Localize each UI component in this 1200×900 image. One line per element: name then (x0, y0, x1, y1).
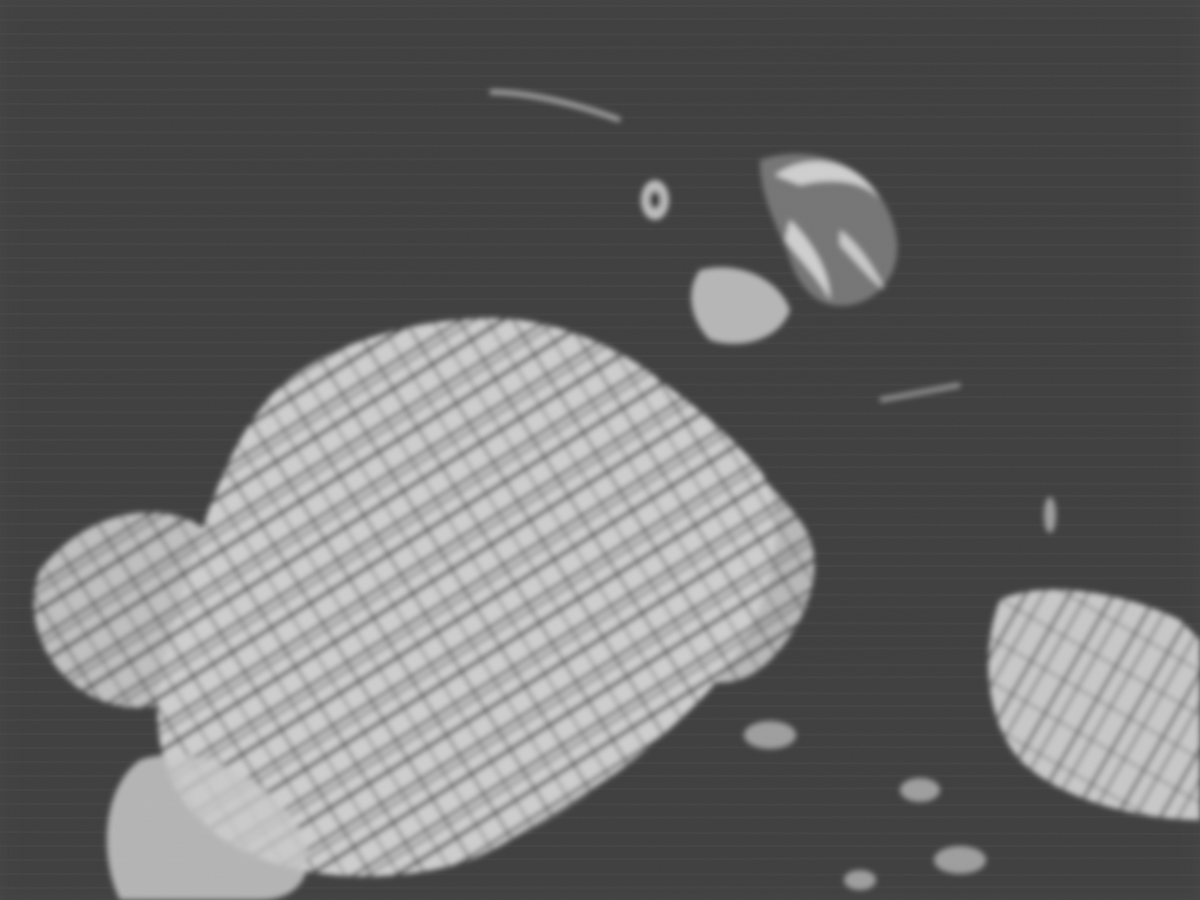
film-grain (0, 0, 1200, 900)
photograph (0, 0, 1200, 900)
